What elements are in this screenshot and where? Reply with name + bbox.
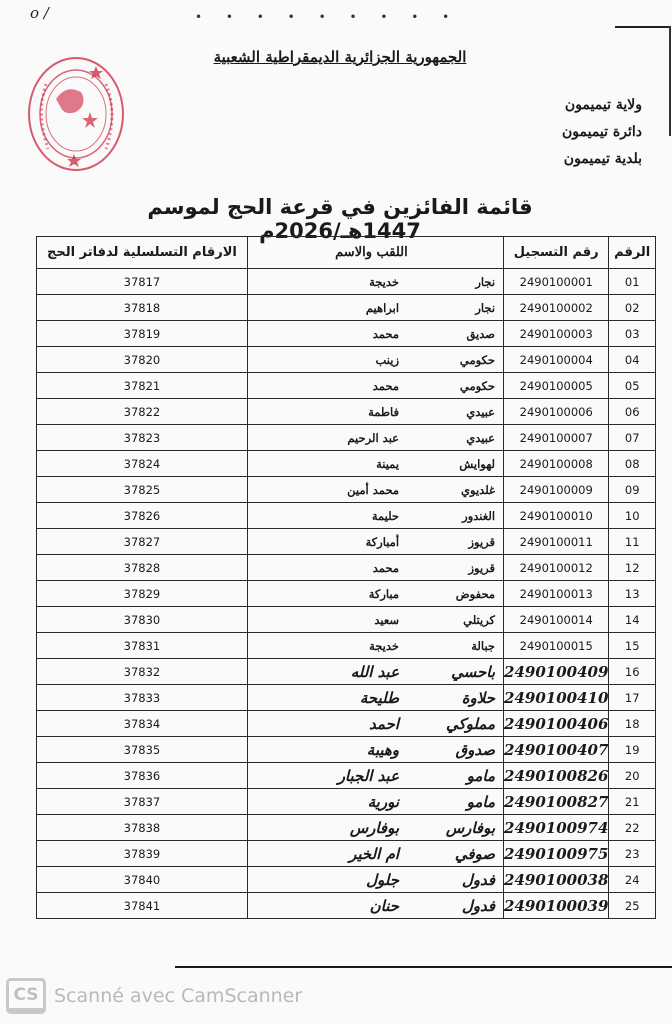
surname: صوفي xyxy=(425,845,495,863)
surname: حلاوة xyxy=(425,689,495,707)
registration-number: 2490100038 xyxy=(504,867,609,893)
registration-number: 2490100003 xyxy=(504,321,609,347)
table-row: 222490100974بوفارسبوفارس37838 xyxy=(37,815,656,841)
table-row: 112490100011قريوزأمباركة37827 xyxy=(37,529,656,555)
hajj-booklet-serial: 37828 xyxy=(37,555,248,581)
given-name: مباركة xyxy=(339,587,399,601)
given-name: احمد xyxy=(339,715,399,733)
given-name: محمد xyxy=(339,379,399,393)
given-name: زينب xyxy=(339,353,399,367)
full-name: صوفيام الخير xyxy=(247,841,503,867)
hajj-booklet-serial: 37834 xyxy=(37,711,248,737)
registration-number: 2490100006 xyxy=(504,399,609,425)
surname: حكومي xyxy=(425,379,495,393)
row-number: 19 xyxy=(609,737,656,763)
registration-number: 2490100975 xyxy=(504,841,609,867)
hajj-booklet-serial: 37822 xyxy=(37,399,248,425)
full-name: مامونورية xyxy=(247,789,503,815)
surname: لهوايش xyxy=(425,457,495,471)
given-name: ام الخير xyxy=(339,845,399,863)
hajj-booklet-serial: 37823 xyxy=(37,425,248,451)
full-name: محفوضمباركة xyxy=(247,581,503,607)
wilaya-label: ولاية تيميمون xyxy=(562,92,642,119)
table-row: 062490100006عبيديفاطمة37822 xyxy=(37,399,656,425)
registration-number: 2490100827 xyxy=(504,789,609,815)
hajj-booklet-serial: 37824 xyxy=(37,451,248,477)
registration-number: 2490100012 xyxy=(504,555,609,581)
hajj-booklet-serial: 37818 xyxy=(37,295,248,321)
hajj-booklet-serial: 37827 xyxy=(37,529,248,555)
full-name: حكوميمحمد xyxy=(247,373,503,399)
table-row: 052490100005حكوميمحمد37821 xyxy=(37,373,656,399)
registration-number: 2490100007 xyxy=(504,425,609,451)
table-row: 142490100014كريتليسعيد37830 xyxy=(37,607,656,633)
surname: عبيدي xyxy=(425,431,495,445)
table-row: 182490100406مملوكياحمد37834 xyxy=(37,711,656,737)
registration-number: 2490100406 xyxy=(504,711,609,737)
full-name: ماموعبد الجبار xyxy=(247,763,503,789)
full-name: غلديويمحمد أمين xyxy=(247,477,503,503)
surname: فدول xyxy=(425,871,495,889)
full-name: نجارخديجة xyxy=(247,269,503,295)
row-number: 02 xyxy=(609,295,656,321)
given-name: خديجة xyxy=(339,275,399,289)
surname: غلديوي xyxy=(425,483,495,497)
row-number: 15 xyxy=(609,633,656,659)
row-number: 03 xyxy=(609,321,656,347)
full-name: بوفارسبوفارس xyxy=(247,815,503,841)
table-row: 132490100013محفوضمباركة37829 xyxy=(37,581,656,607)
row-number: 10 xyxy=(609,503,656,529)
row-number: 01 xyxy=(609,269,656,295)
row-number: 25 xyxy=(609,893,656,919)
given-name: وهيبة xyxy=(339,741,399,759)
registration-number: 2490100004 xyxy=(504,347,609,373)
given-name: فاطمة xyxy=(339,405,399,419)
table-row: 042490100004حكوميزينب37820 xyxy=(37,347,656,373)
registration-number: 2490100008 xyxy=(504,451,609,477)
row-number: 09 xyxy=(609,477,656,503)
row-number: 22 xyxy=(609,815,656,841)
table-row: 032490100003صديقمحمد37819 xyxy=(37,321,656,347)
row-number: 14 xyxy=(609,607,656,633)
table-row: 022490100002نجارابراهيم37818 xyxy=(37,295,656,321)
row-number: 18 xyxy=(609,711,656,737)
hajj-booklet-serial: 37821 xyxy=(37,373,248,399)
surname: عبيدي xyxy=(425,405,495,419)
given-name: حنان xyxy=(339,897,399,915)
column-header-serial: الارقام التسلسلية لدفاتر الحج xyxy=(37,237,248,269)
surname: صدوق xyxy=(425,741,495,759)
given-name: عبد الجبار xyxy=(338,767,399,785)
full-name: فدولجلول xyxy=(247,867,503,893)
hajj-booklet-serial: 37817 xyxy=(37,269,248,295)
hajj-booklet-serial: 37832 xyxy=(37,659,248,685)
table-header-row: الرقم رقم التسجيل اللقب والاسم الارقام ا… xyxy=(37,237,656,269)
surname: الغندور xyxy=(425,509,495,523)
hajj-booklet-serial: 37820 xyxy=(37,347,248,373)
hajj-booklet-serial: 37829 xyxy=(37,581,248,607)
registration-number: 2490100014 xyxy=(504,607,609,633)
given-name: نورية xyxy=(339,793,399,811)
hajj-booklet-serial: 37835 xyxy=(37,737,248,763)
registration-number: 2490100001 xyxy=(504,269,609,295)
surname: باحسي xyxy=(425,663,495,681)
surname: مامو xyxy=(425,793,495,811)
row-number: 16 xyxy=(609,659,656,685)
hajj-booklet-serial: 37840 xyxy=(37,867,248,893)
table-row: 212490100827مامونورية37837 xyxy=(37,789,656,815)
winners-table: الرقم رقم التسجيل اللقب والاسم الارقام ا… xyxy=(36,236,656,919)
page-edge-line xyxy=(615,26,671,28)
given-name: محمد أمين xyxy=(339,483,399,497)
registration-number: 2490100005 xyxy=(504,373,609,399)
table-row: 202490100826ماموعبد الجبار37836 xyxy=(37,763,656,789)
hajj-booklet-serial: 37830 xyxy=(37,607,248,633)
registration-number: 2490100409 xyxy=(504,659,609,685)
row-number: 04 xyxy=(609,347,656,373)
page-edge-line xyxy=(669,26,671,136)
full-name: باحسيعبد الله xyxy=(247,659,503,685)
registration-number: 2490100009 xyxy=(504,477,609,503)
row-number: 13 xyxy=(609,581,656,607)
table-row: 162490100409باحسيعبد الله37832 xyxy=(37,659,656,685)
row-number: 08 xyxy=(609,451,656,477)
table-row: 082490100008لهوايشيمينة37824 xyxy=(37,451,656,477)
hajj-booklet-serial: 37839 xyxy=(37,841,248,867)
table-body: 012490100001نجارخديجة37817022490100002نج… xyxy=(37,269,656,919)
full-name: قريوزأمباركة xyxy=(247,529,503,555)
full-name: كريتليسعيد xyxy=(247,607,503,633)
camscanner-watermark: CS Scanné avec CamScanner xyxy=(6,978,302,1014)
hajj-booklet-serial: 37831 xyxy=(37,633,248,659)
surname: نجار xyxy=(425,301,495,315)
registration-number: 2490100002 xyxy=(504,295,609,321)
full-name: مملوكياحمد xyxy=(247,711,503,737)
surname: قريوز xyxy=(425,561,495,575)
table-row: 012490100001نجارخديجة37817 xyxy=(37,269,656,295)
row-number: 11 xyxy=(609,529,656,555)
column-header-name: اللقب والاسم xyxy=(247,237,503,269)
table-row: 252490100039فدولحنان37841 xyxy=(37,893,656,919)
stamp-seal-icon xyxy=(26,54,126,174)
full-name: صدوقوهيبة xyxy=(247,737,503,763)
table-row: 192490100407صدوقوهيبة37835 xyxy=(37,737,656,763)
handwritten-corner-mark: o / xyxy=(30,4,49,22)
given-name: جلول xyxy=(339,871,399,889)
given-name: طليحة xyxy=(339,689,399,707)
surname: كريتلي xyxy=(425,613,495,627)
page-bottom-edge xyxy=(175,966,672,968)
row-number: 07 xyxy=(609,425,656,451)
registration-number: 2490100010 xyxy=(504,503,609,529)
table-row: 232490100975صوفيام الخير37839 xyxy=(37,841,656,867)
row-number: 06 xyxy=(609,399,656,425)
table-row: 102490100010الغندورحليمة37826 xyxy=(37,503,656,529)
full-name: جبالةخديجة xyxy=(247,633,503,659)
table-row: 072490100007عبيديعبد الرحيم37823 xyxy=(37,425,656,451)
given-name: سعيد xyxy=(339,613,399,627)
given-name: خديجة xyxy=(339,639,399,653)
surname: قريوز xyxy=(425,535,495,549)
given-name: بوفارس xyxy=(339,819,399,837)
surname: جبالة xyxy=(425,639,495,653)
row-number: 21 xyxy=(609,789,656,815)
full-name: صديقمحمد xyxy=(247,321,503,347)
registration-number: 2490100410 xyxy=(504,685,609,711)
row-number: 17 xyxy=(609,685,656,711)
full-name: لهوايشيمينة xyxy=(247,451,503,477)
registration-number: 2490100013 xyxy=(504,581,609,607)
table-row: 092490100009غلديويمحمد أمين37825 xyxy=(37,477,656,503)
surname: صديق xyxy=(425,327,495,341)
hajj-booklet-serial: 37825 xyxy=(37,477,248,503)
row-number: 24 xyxy=(609,867,656,893)
full-name: نجارابراهيم xyxy=(247,295,503,321)
surname: مملوكي xyxy=(425,715,495,733)
top-dots-residue: • • • • • • • • • • xyxy=(195,10,455,24)
table-row: 172490100410حلاوةطليحة37833 xyxy=(37,685,656,711)
surname: مامو xyxy=(425,767,495,785)
column-header-registration: رقم التسجيل xyxy=(504,237,609,269)
full-name: عبيديفاطمة xyxy=(247,399,503,425)
scanned-document-page: o / • • • • • • • • • • الجمهورية الجزائ… xyxy=(0,0,672,1024)
hajj-booklet-serial: 37819 xyxy=(37,321,248,347)
table-row: 122490100012قريوزمحمد37828 xyxy=(37,555,656,581)
row-number: 23 xyxy=(609,841,656,867)
full-name: حلاوةطليحة xyxy=(247,685,503,711)
full-name: الغندورحليمة xyxy=(247,503,503,529)
hajj-booklet-serial: 37838 xyxy=(37,815,248,841)
table-row: 242490100038فدولجلول37840 xyxy=(37,867,656,893)
registration-number: 2490100826 xyxy=(504,763,609,789)
given-name: يمينة xyxy=(339,457,399,471)
given-name: محمد xyxy=(339,327,399,341)
registration-number: 2490100015 xyxy=(504,633,609,659)
given-name: أمباركة xyxy=(339,535,399,549)
full-name: حكوميزينب xyxy=(247,347,503,373)
surname: بوفارس xyxy=(425,819,495,837)
full-name: فدولحنان xyxy=(247,893,503,919)
given-name: ابراهيم xyxy=(339,301,399,315)
commune-label: بلدية تيميمون xyxy=(562,146,642,173)
administrative-header: ولاية تيميمون دائرة تيميمون بلدية تيميمو… xyxy=(562,92,642,173)
full-name: قريوزمحمد xyxy=(247,555,503,581)
registration-number: 2490100974 xyxy=(504,815,609,841)
full-name: عبيديعبد الرحيم xyxy=(247,425,503,451)
hajj-booklet-serial: 37833 xyxy=(37,685,248,711)
given-name: عبد الله xyxy=(339,663,399,681)
camscanner-text: Scanné avec CamScanner xyxy=(54,985,302,1007)
registration-number: 2490100039 xyxy=(504,893,609,919)
hajj-booklet-serial: 37836 xyxy=(37,763,248,789)
registration-number: 2490100407 xyxy=(504,737,609,763)
row-number: 20 xyxy=(609,763,656,789)
given-name: حليمة xyxy=(339,509,399,523)
given-name: عبد الرحيم xyxy=(339,431,399,445)
hajj-booklet-serial: 37837 xyxy=(37,789,248,815)
given-name: محمد xyxy=(339,561,399,575)
row-number: 12 xyxy=(609,555,656,581)
surname: فدول xyxy=(425,897,495,915)
hajj-booklet-serial: 37841 xyxy=(37,893,248,919)
republic-heading: الجمهورية الجزائرية الديمقراطية الشعبية xyxy=(150,48,530,66)
registration-number: 2490100011 xyxy=(504,529,609,555)
daira-label: دائرة تيميمون xyxy=(562,119,642,146)
row-number: 05 xyxy=(609,373,656,399)
camscanner-logo-icon: CS xyxy=(6,978,46,1014)
table-row: 152490100015جبالةخديجة37831 xyxy=(37,633,656,659)
surname: حكومي xyxy=(425,353,495,367)
column-header-number: الرقم xyxy=(609,237,656,269)
surname: محفوض xyxy=(425,587,495,601)
surname: نجار xyxy=(425,275,495,289)
hajj-booklet-serial: 37826 xyxy=(37,503,248,529)
